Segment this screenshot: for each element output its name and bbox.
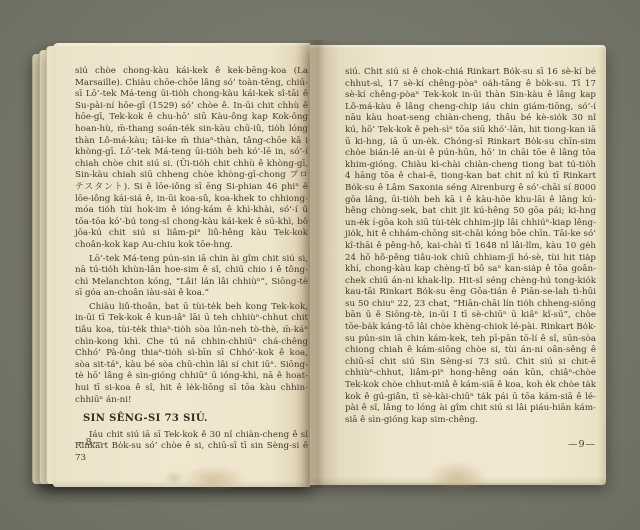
page-number-left: —8— [75, 437, 103, 448]
paragraph: Chiàu liû-thoân, bat ū tùi-te̍k beh kong… [75, 302, 308, 406]
open-book: siú chòe chong-kàu kái-kek ê kek-bēng-ko… [0, 0, 640, 530]
page-number-right: —9— [536, 439, 596, 450]
right-page-text: siú. Chit siú si ê chok-chiá Rinkart Bo̍… [345, 67, 596, 428]
section-heading: SIN SÊNG-SI 73 SIÚ. [75, 413, 308, 425]
paragraph: Iáu chit siú iā sī Tek-kok ê 30 nî chiàn… [75, 430, 308, 465]
paragraph: Lō’-tek Má-teng pún-sin iā chin ài gîm c… [75, 254, 308, 300]
paragraph: siú. Chit siú si ê chok-chiá Rinkart Bo̍… [345, 67, 596, 426]
photo-background: siú chòe chong-kàu kái-kek ê kek-bēng-ko… [0, 0, 640, 530]
left-page-text: siú chòe chong-kàu kái-kek ê kek-bēng-ko… [75, 66, 308, 467]
paragraph: siú chòe chong-kàu kái-kek ê kek-bēng-ko… [75, 66, 308, 252]
